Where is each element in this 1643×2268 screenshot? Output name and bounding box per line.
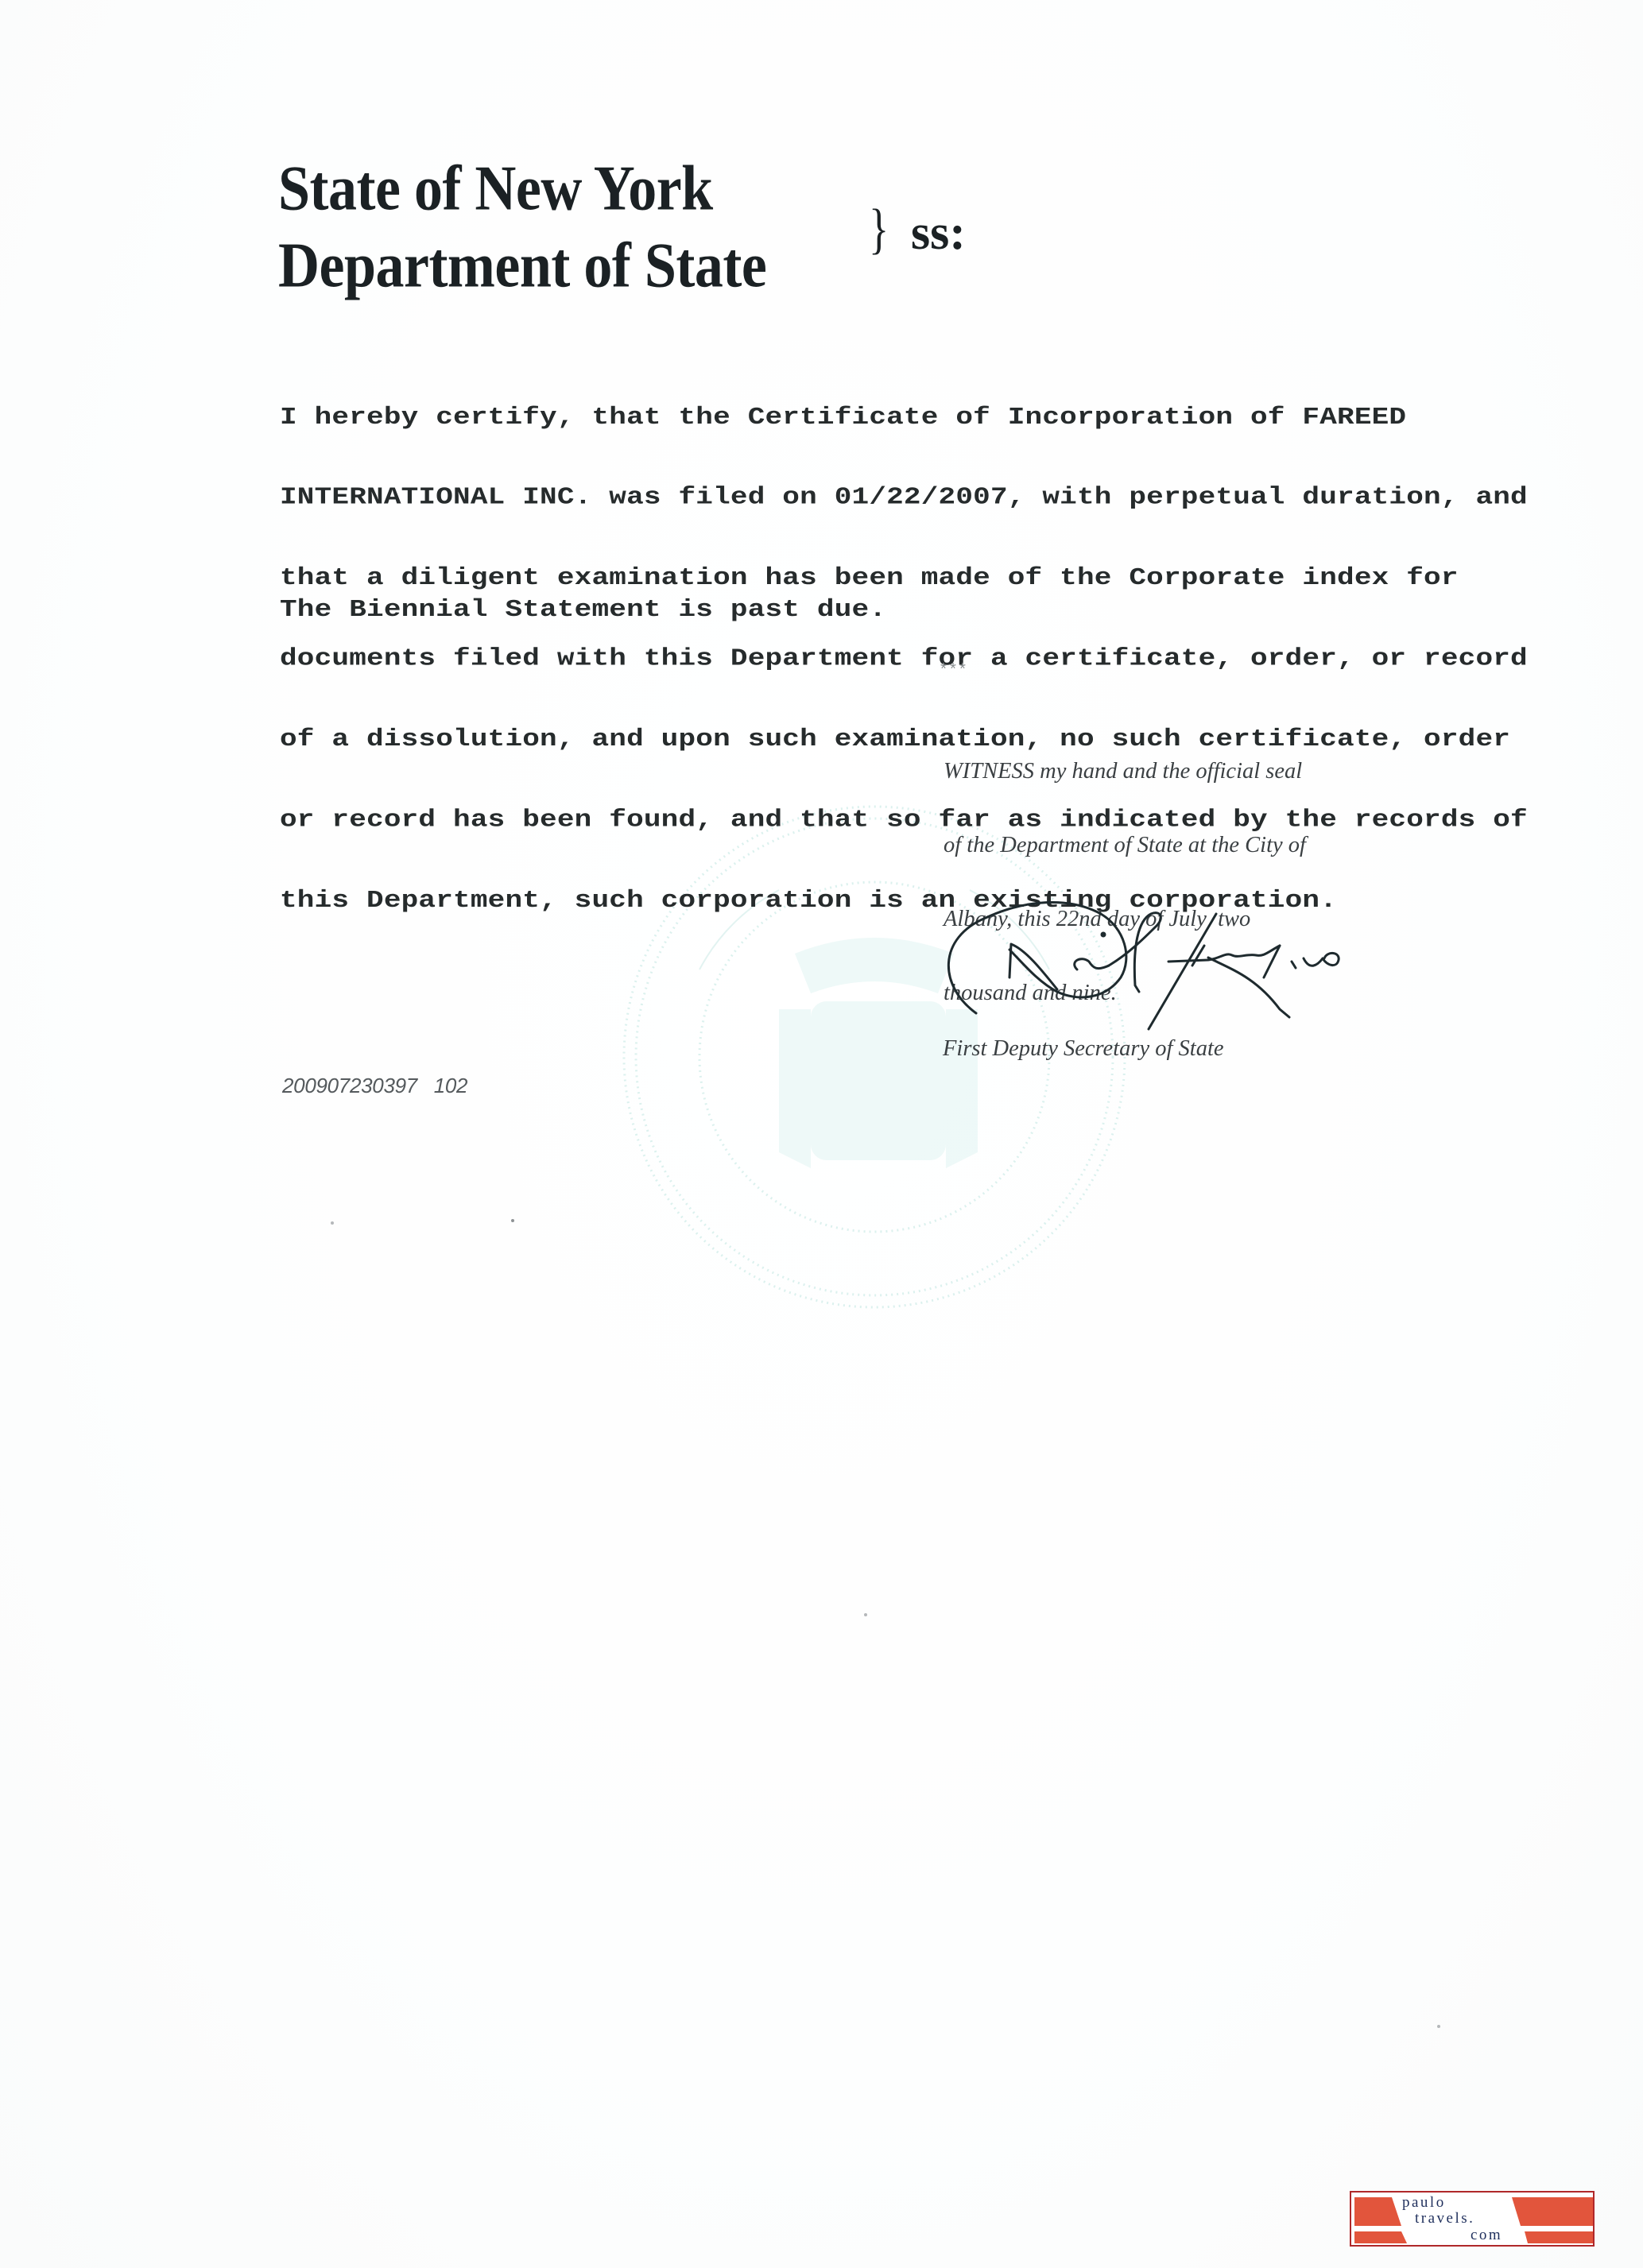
reference-number: 200907230397 102 (282, 1075, 467, 1096)
brace-symbol: } (869, 202, 889, 257)
witness-line: of the Department of State at the City o… (944, 833, 1306, 857)
certificate-page: State of New York Department of State } … (0, 0, 1643, 2268)
heading-department-of-state: Department of State (278, 233, 766, 297)
heading-state-of-new-york: State of New York (278, 156, 713, 220)
witness-line: WITNESS my hand and the official seal (944, 759, 1306, 784)
certification-line: INTERNATIONAL INC. was filed on 01/22/20… (280, 484, 1528, 511)
certification-line: of a dissolution, and upon such examinat… (280, 726, 1528, 753)
certification-line: or record has been found, and that so fa… (280, 807, 1528, 834)
signature-icon (930, 882, 1359, 1033)
ss-label: ss: (911, 208, 966, 257)
biennial-statement-notice: The Biennial Statement is past due. (280, 598, 886, 622)
certification-line: that a diligent examination has been mad… (280, 564, 1528, 591)
logo-text-com: com (1471, 2227, 1502, 2243)
paulo-travels-logo[interactable]: paulo travels. com (1350, 2191, 1595, 2247)
scan-speck (1437, 2025, 1440, 2028)
certification-line: I hereby certify, that the Certificate o… (280, 404, 1528, 431)
signatory-title: First Deputy Secretary of State (943, 1038, 1224, 1061)
logo-text-travels: travels. (1415, 2211, 1474, 2226)
certification-paragraph: I hereby certify, that the Certificate o… (280, 350, 1528, 967)
certification-line: documents filed with this Department for… (280, 645, 1528, 672)
scan-speck (864, 1613, 867, 1616)
scan-speck (331, 1221, 334, 1225)
logo-text-paulo: paulo (1402, 2195, 1446, 2210)
separator-stars: *** (939, 662, 967, 680)
scan-speck (511, 1219, 514, 1222)
